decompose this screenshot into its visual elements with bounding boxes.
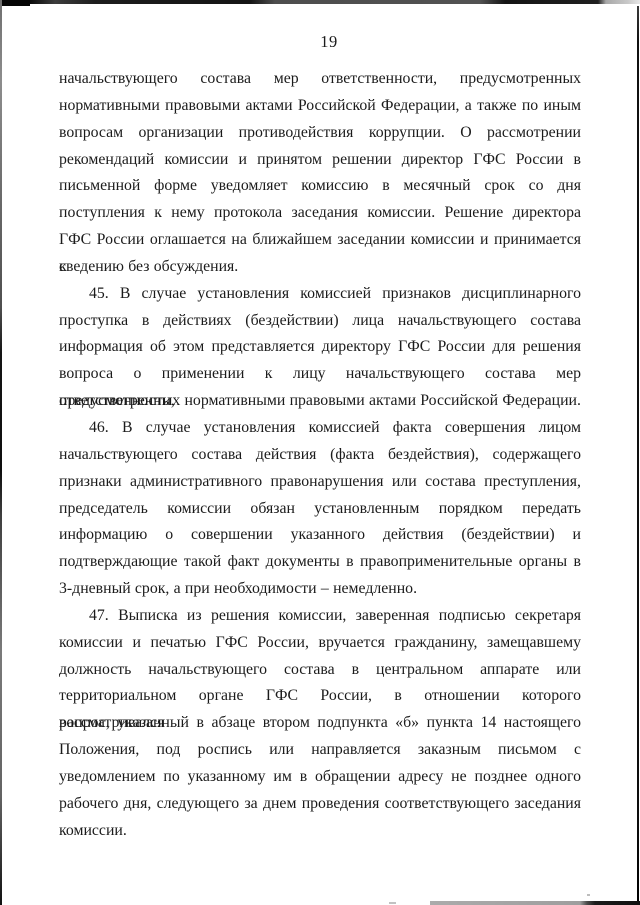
text-line: уведомлением по указанному им в обращени… [59, 764, 581, 791]
text-line: информация об этом представляется директ… [59, 334, 581, 361]
scan-artifact-bottom-tick [389, 902, 396, 904]
text-line: признаки административного правонарушени… [59, 469, 581, 496]
text-line: предусмотренных нормативными правовыми а… [59, 388, 581, 415]
text-line: комиссии. [59, 818, 581, 845]
text-line: 45. В случае установления комиссией приз… [59, 281, 581, 308]
text-line: 46. В случае установления комиссией факт… [59, 415, 581, 442]
document-page: 19 начальствующего состава мер ответстве… [0, 0, 640, 905]
text-line: комиссии и печатью ГФС России, вручается… [59, 630, 581, 657]
scan-artifact-top-left-corner [0, 0, 30, 6]
scan-artifact-speck [587, 894, 590, 896]
text-line: Положения, под роспись или направляется … [59, 737, 581, 764]
scan-artifact-right-edge [637, 6, 639, 905]
text-line: начальствующего состава действия (факта … [59, 442, 581, 469]
text-line: подтверждающие такой факт документы в пр… [59, 549, 581, 576]
text-line: информацию о совершении указанного дейст… [59, 522, 581, 549]
text-line: 3-дневный срок, а при необходимости – не… [59, 576, 581, 603]
text-line: территориальном органе ГФС России, в отн… [59, 683, 581, 710]
text-line: вопроса о применении к лицу начальствующ… [59, 361, 581, 388]
text-line: председатель комиссии обязан установленн… [59, 496, 581, 523]
text-line: начальствующего состава мер ответственно… [59, 66, 581, 93]
text-line: поступления к нему протокола заседания к… [59, 200, 581, 227]
page-number: 19 [9, 32, 640, 52]
text-line: рекомендаций комиссии и принятом решении… [59, 147, 581, 174]
scan-artifact-left-edge [0, 0, 2, 905]
text-line: письменной форме уведомляет комиссию в м… [59, 173, 581, 200]
text-line: вопросам организации противодействия кор… [59, 120, 581, 147]
scan-artifact-top-edge [0, 0, 640, 4]
text-line: 47. Выписка из решения комиссии, заверен… [59, 603, 581, 630]
text-line: рабочего дня, следующего за днем проведе… [59, 791, 581, 818]
text-line: проступка в действиях (бездействии) лица… [59, 308, 581, 335]
document-body: начальствующего состава мер ответственно… [59, 66, 581, 844]
text-line: нормативными правовыми актами Российской… [59, 93, 581, 120]
text-line: ГФС России оглашается на ближайшем засед… [59, 227, 581, 254]
text-line: сведению без обсуждения. [59, 254, 581, 281]
text-line: должность начальствующего состава в цент… [59, 657, 581, 684]
scan-artifact-bottom-edge [430, 901, 640, 905]
text-line: вопрос, указанный в абзаце втором подпун… [59, 710, 581, 737]
